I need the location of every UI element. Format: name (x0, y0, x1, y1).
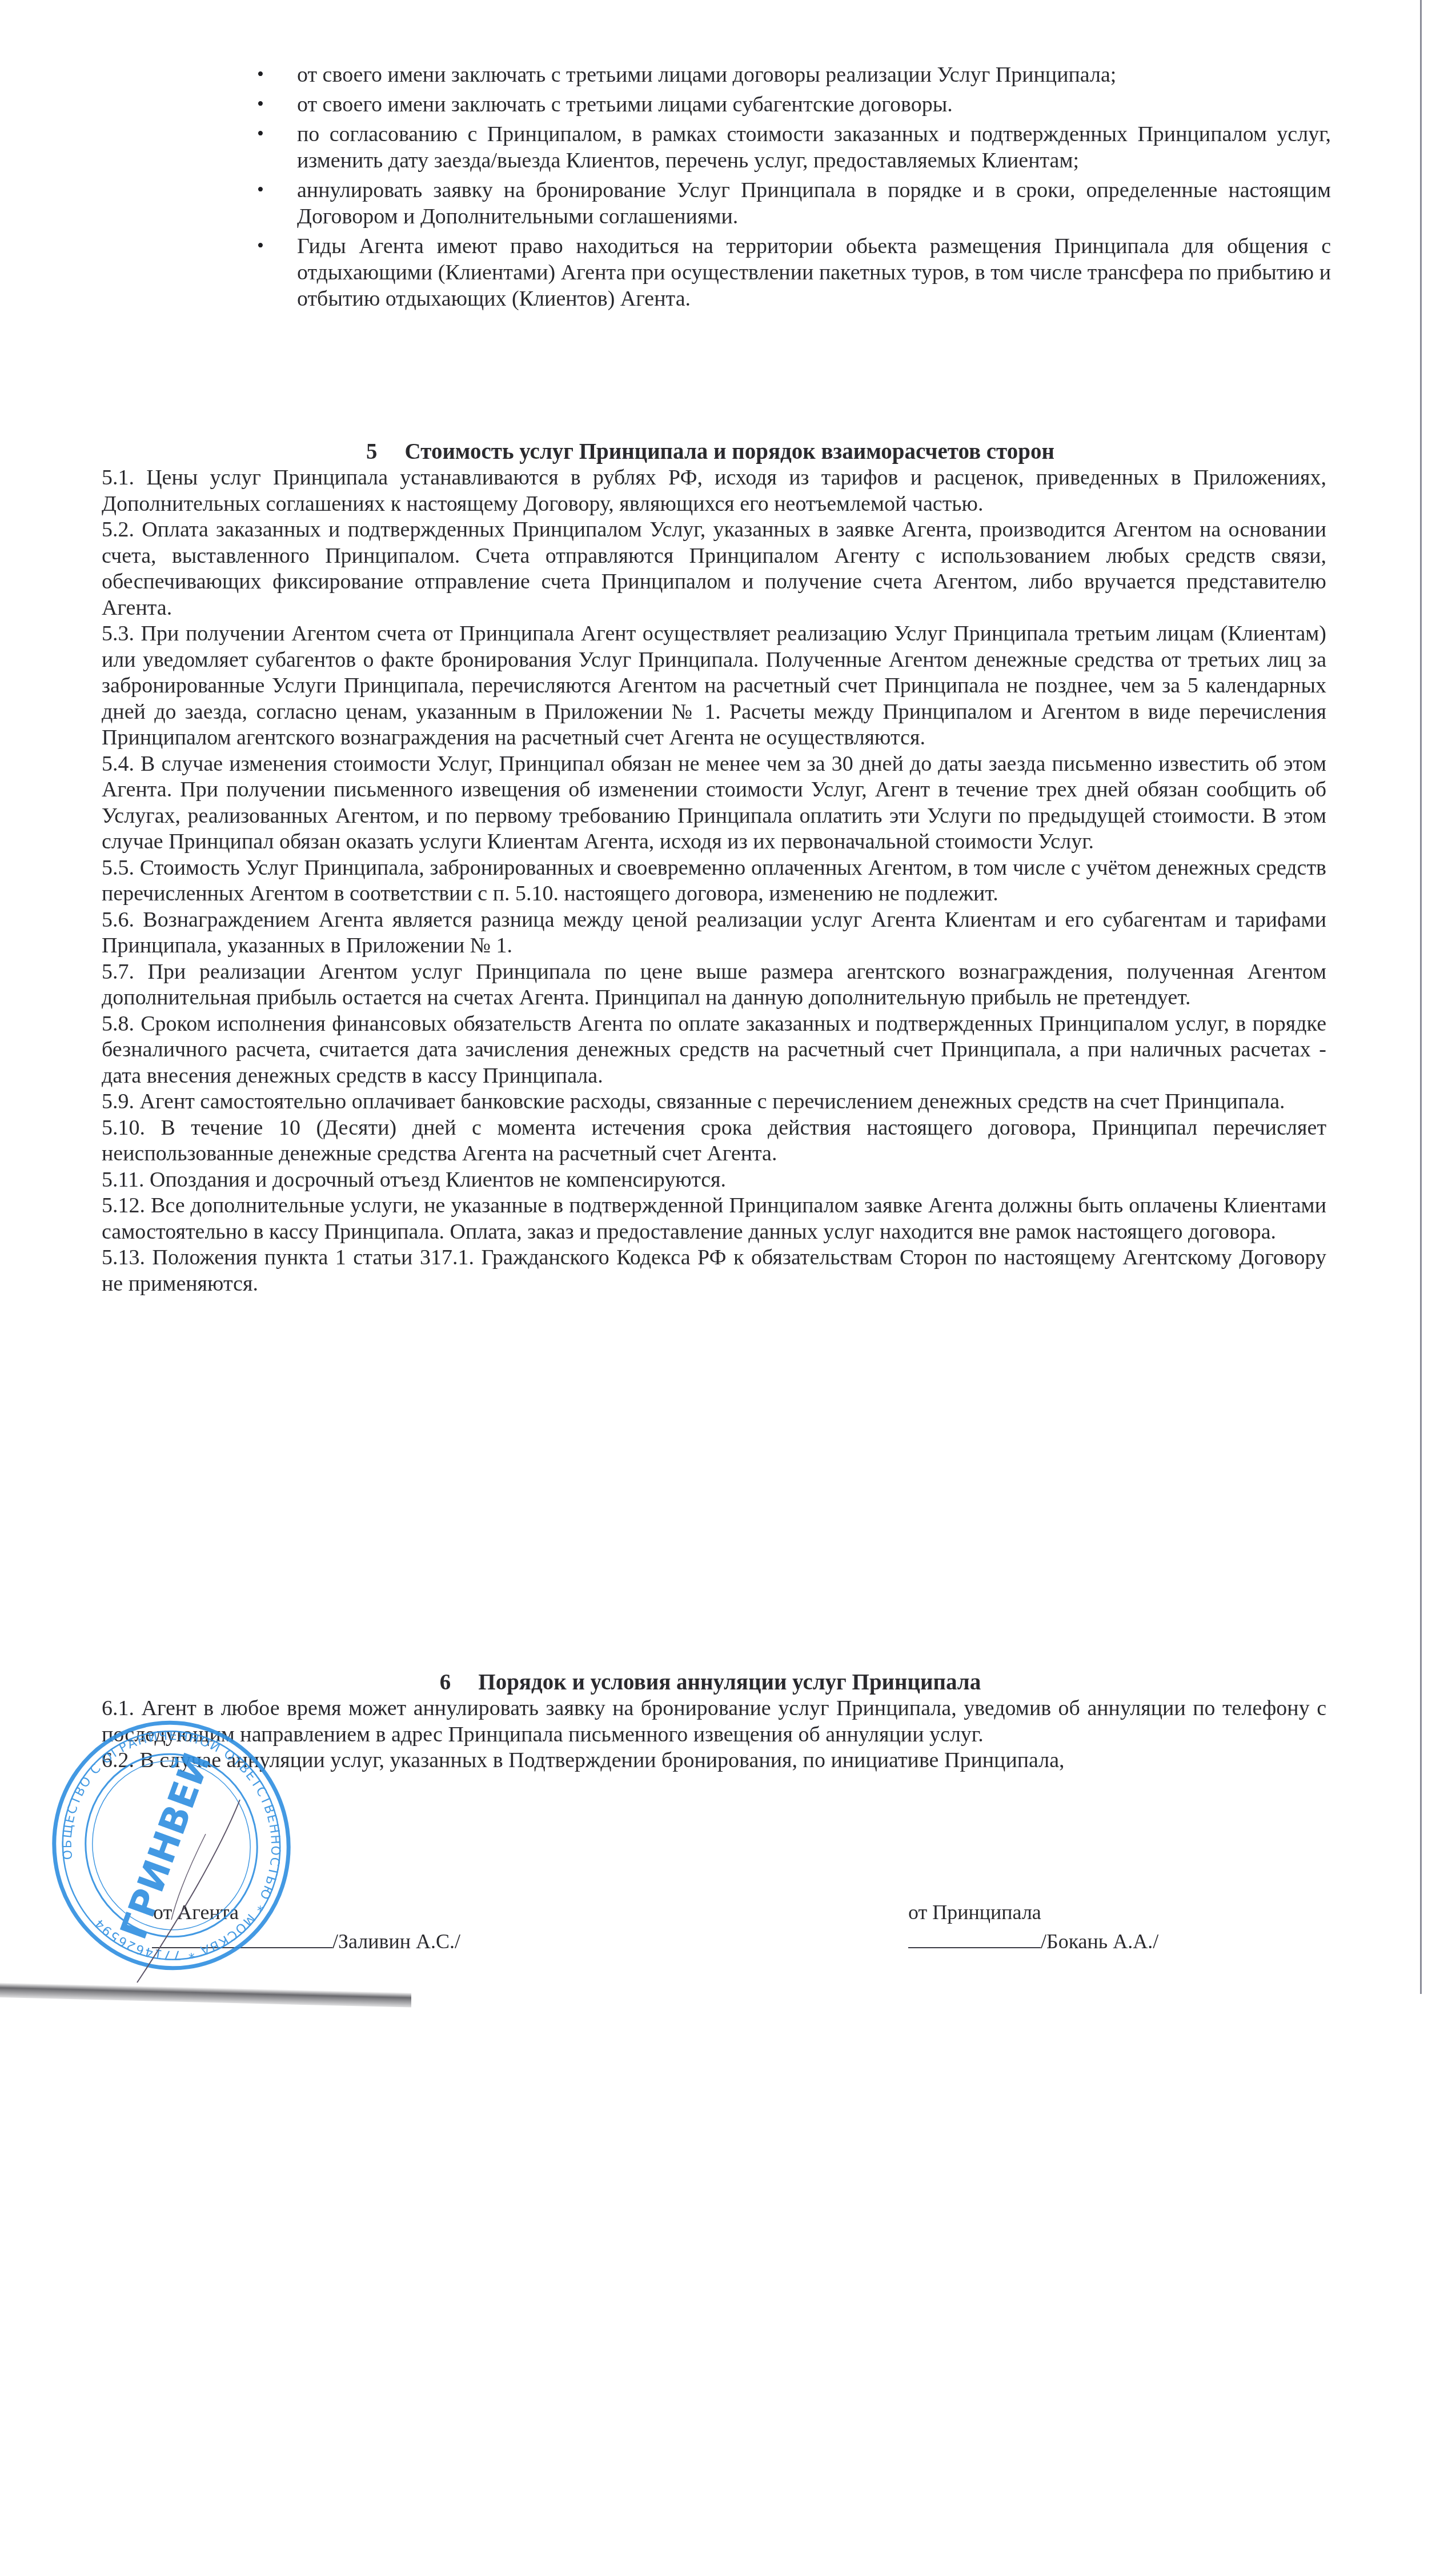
bullet-dot-icon: • (257, 233, 264, 259)
scanned-page: • от своего имени заключать с третьими л… (0, 0, 1421, 1994)
bullet-dot-icon: • (257, 91, 264, 118)
bullet-item: • от своего имени заключать с третьими л… (251, 91, 1331, 118)
clause-5-13: 5.13. Положения пункта 1 статьи 317.1. Г… (102, 1245, 1326, 1297)
stamp-seal-icon: ОБЩЕСТВО С ОГРАНИЧЕННОЙ ОТВЕТСТВЕННОСТЬЮ… (46, 1714, 297, 1977)
clause-5-3: 5.3. При получении Агентом счета от Прин… (102, 621, 1326, 751)
clause-5-12: 5.12. Все дополнительные услуги, не указ… (102, 1193, 1326, 1245)
section-title: Порядок и условия аннуляции услуг Принци… (478, 1670, 981, 1695)
signature-rule (908, 1930, 1041, 1948)
company-stamp: ОБЩЕСТВО С ОГРАНИЧЕННОЙ ОТВЕТСТВЕННОСТЬЮ… (46, 1714, 297, 1977)
bullet-text: от своего имени заключать с третьими лиц… (297, 63, 1116, 87)
bullet-dot-icon: • (257, 177, 264, 203)
clause-5-5: 5.5. Стоимость Услуг Принципала, заброни… (102, 855, 1326, 907)
bullet-text: аннулировать заявку на бронирование Услу… (297, 178, 1331, 229)
section-title: Стоимость услуг Принципала и порядок вза… (405, 439, 1054, 464)
clause-5-9: 5.9. Агент самостоятельно оплачивает бан… (102, 1089, 1326, 1115)
clause-5-11: 5.11. Опоздания и досрочный отъезд Клиен… (102, 1167, 1326, 1194)
bullet-text: по согласованию с Принципалом, в рамках … (297, 122, 1331, 173)
section-5-body: 5.1. Цены услуг Принципала устанавливают… (102, 465, 1326, 1297)
bullet-item: • аннулировать заявку на бронирование Ус… (251, 177, 1331, 230)
svg-text:ГРИНВЕЙ: ГРИНВЕЙ (111, 1747, 219, 1945)
bullet-item: • Гиды Агента имеют право находиться на … (251, 233, 1331, 312)
section-6-heading: 6Порядок и условия аннуляции услуг Принц… (0, 1669, 1421, 1696)
agent-signatory-name: /Заливин А.С./ (332, 1930, 460, 1953)
clause-5-8: 5.8. Сроком исполнения финансовых обязат… (102, 1011, 1326, 1090)
clause-5-4: 5.4. В случае изменения стоимости Услуг,… (102, 751, 1326, 855)
bullet-text: от своего имени заключать с третьими лиц… (297, 93, 953, 117)
section-number: 5 (366, 439, 378, 465)
section-number: 6 (440, 1669, 451, 1696)
principal-signatory-name: /Бокань А.А./ (1041, 1930, 1158, 1953)
rights-bullet-list: • от своего имени заключать с третьими л… (251, 62, 1331, 315)
bullet-text: Гиды Агента имеют право находиться на те… (297, 234, 1331, 311)
bullet-dot-icon: • (257, 62, 264, 88)
clause-5-2: 5.2. Оплата заказанных и подтвержденных … (102, 517, 1326, 621)
clause-5-6: 5.6. Вознаграждением Агента является раз… (102, 907, 1326, 959)
bullet-dot-icon: • (257, 121, 264, 147)
section-5-heading: 5Стоимость услуг Принципала и порядок вз… (0, 439, 1421, 465)
bullet-item: • от своего имени заключать с третьими л… (251, 62, 1331, 88)
clause-5-10: 5.10. В течение 10 (Десяти) дней с момен… (102, 1115, 1326, 1167)
scan-page-edge (1420, 0, 1422, 1994)
clause-5-7: 5.7. При реализации Агентом услуг Принци… (102, 959, 1326, 1011)
clause-5-1: 5.1. Цены услуг Принципала устанавливают… (102, 465, 1326, 517)
principal-signature-label: от Принципала (908, 1900, 1041, 1925)
principal-signature-line: /Бокань А.А./ (908, 1929, 1158, 1954)
bullet-item: • по согласованию с Принципалом, в рамка… (251, 121, 1331, 174)
